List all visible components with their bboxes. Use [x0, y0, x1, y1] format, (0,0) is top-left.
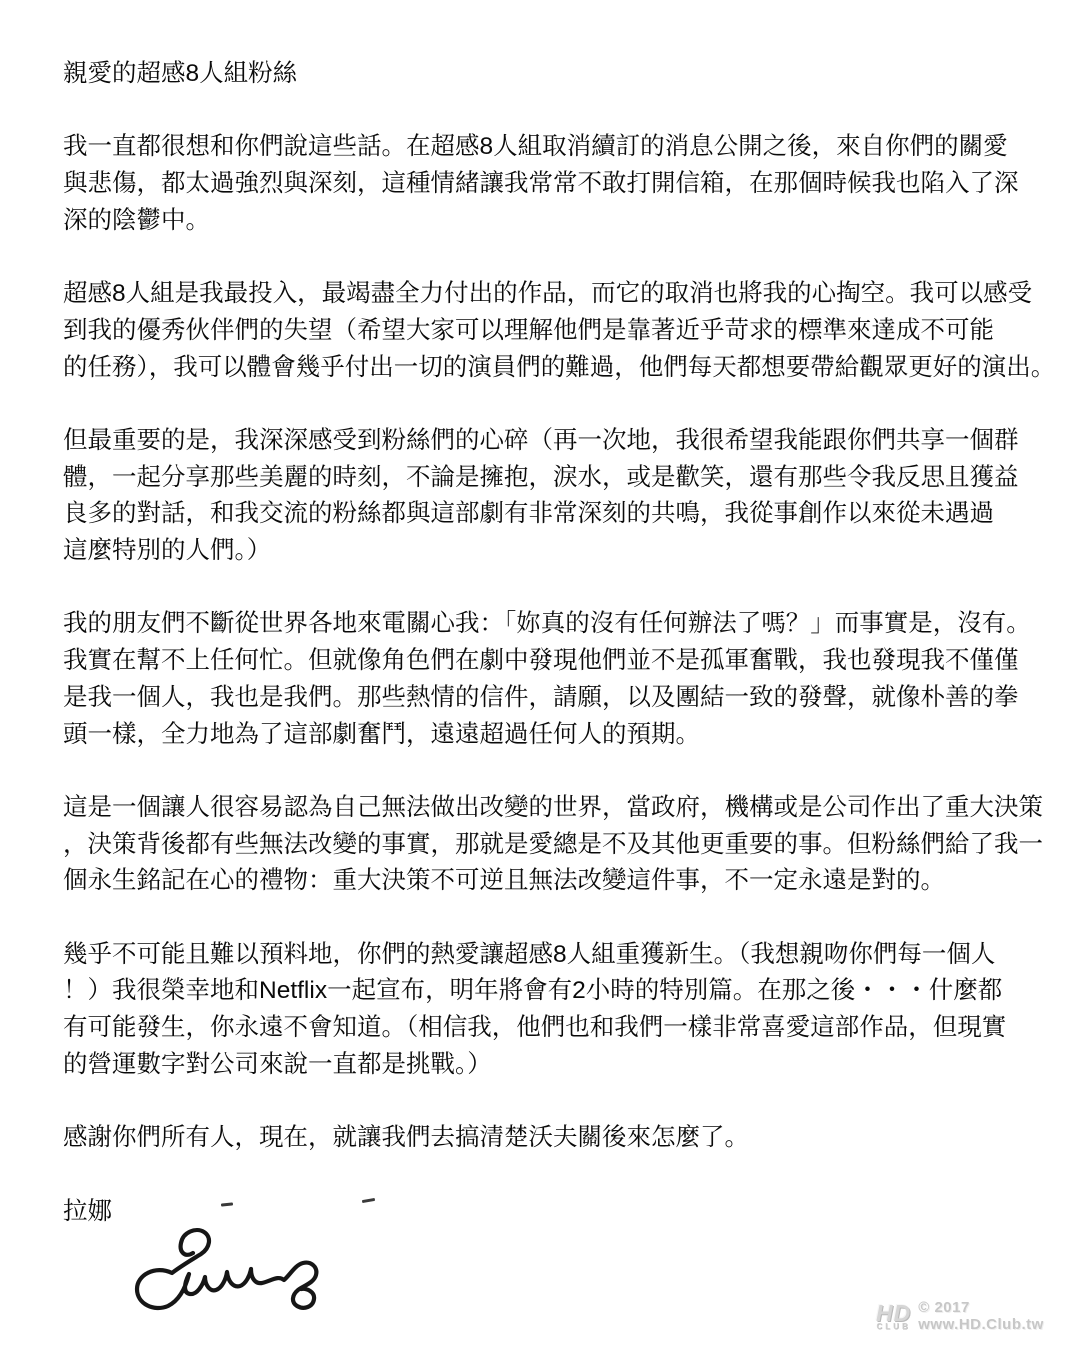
paragraph: 感謝你們所有人，現在，就讓我們去搞清楚沃夫關後來怎麼了。: [63, 1120, 1017, 1157]
paragraph: 幾乎不可能且難以預料地，你們的熱愛讓超感8人組重獲新生。（我想親吻你們每一個人！…: [63, 937, 1017, 1084]
paragraph: 我一直都很想和你們說這些話。在超感8人組取消續訂的消息公開之後，來自你們的關愛與…: [63, 129, 1017, 239]
text-line: 的營運數字對公司來說一直都是挑戰。）: [63, 1047, 1017, 1084]
text-line: 我實在幫不上任何忙。但就像角色們在劇中發現他們並不是孤軍奮戰，我也發現我不僅僅: [63, 643, 1017, 680]
text-line: 我一直都很想和你們說這些話。在超感8人組取消續訂的消息公開之後，來自你們的關愛: [63, 129, 1017, 166]
text-line: 這麼特別的人們。）: [63, 533, 1017, 570]
paragraph: 我的朋友們不斷從世界各地來電關心我：「妳真的沒有任何辦法了嗎？」而事實是，沒有。…: [63, 606, 1017, 753]
hd-club-logo: HD CLUB: [876, 1302, 911, 1331]
text-line: 有可能發生，你永遠不會知道。（相信我，他們也和我們一樣非常喜愛這部作品，但現實: [63, 1010, 1017, 1047]
watermark-copyright: © 2017 www.HD.Club.tw: [918, 1299, 1080, 1333]
paragraph: 這是一個讓人很容易認為自己無法做出改變的世界，當政府，機構或是公司作出了重大決策…: [63, 790, 1017, 900]
text-line: 良多的對話，和我交流的粉絲都與這部劇有非常深刻的共鳴，我從事創作以來從未遇過: [63, 496, 1017, 533]
hd-club-logo-club: CLUB: [877, 1323, 911, 1331]
text-line: 但最重要的是，我深深感受到粉絲們的心碎（再一次地，我很希望我能跟你們共享一個群: [63, 423, 1017, 460]
text-line: 體，一起分享那些美麗的時刻，不論是擁抱，淚水，或是歡笑，還有那些令我反思且獲益: [63, 460, 1017, 497]
text-line: 頭一樣，全力地為了這部劇奮鬥，遠遠超過任何人的預期。: [63, 717, 1017, 754]
text-line: 幾乎不可能且難以預料地，你們的熱愛讓超感8人組重獲新生。（我想親吻你們每一個人: [63, 937, 1017, 974]
text-line: 到我的優秀伙伴們的失望（希望大家可以理解他們是靠著近乎苛求的標準來達成不可能: [63, 313, 1017, 350]
text-line: 深的陰鬱中。: [63, 203, 1017, 240]
paragraph: 超感8人組是我最投入，最竭盡全力付出的作品，而它的取消也將我的心掏空。我可以感受…: [63, 276, 1017, 386]
text-line: 的任務），我可以體會幾乎付出一切的演員們的難過，他們每天都想要帶給觀眾更好的演出…: [63, 350, 1017, 387]
letter-body: 親愛的超感8人組粉絲 我一直都很想和你們說這些話。在超感8人組取消續訂的消息公開…: [63, 56, 1017, 1230]
text-line: 超感8人組是我最投入，最竭盡全力付出的作品，而它的取消也將我的心掏空。我可以感受: [63, 276, 1017, 313]
text-line: 個永生銘記在心的禮物：重大決策不可逆且無法改變這件事，不一定永遠是對的。: [63, 863, 1017, 900]
text-line: ！）我很榮幸地和Netflix一起宣布，明年將會有2小時的特別篇。在那之後・・・…: [63, 973, 1017, 1010]
text-line: 這是一個讓人很容易認為自己無法做出改變的世界，當政府，機構或是公司作出了重大決策: [63, 790, 1017, 827]
text-line: 我的朋友們不斷從世界各地來電關心我：「妳真的沒有任何辦法了嗎？」而事實是，沒有。: [63, 606, 1017, 643]
letter-salutation: 親愛的超感8人組粉絲: [63, 56, 1017, 93]
signature-stroke: [137, 1230, 316, 1308]
text-line: 感謝你們所有人，現在，就讓我們去搞清楚沃夫關後來怎麼了。: [63, 1120, 1017, 1157]
lana-signature: [133, 1223, 328, 1315]
paragraph: 但最重要的是，我深深感受到粉絲們的心碎（再一次地，我很希望我能跟你們共享一個群體…: [63, 423, 1017, 570]
text-line: ，決策背後都有些無法改變的事實，那就是愛總是不及其他更重要的事。但粉絲們給了我一: [63, 827, 1017, 864]
text-line: 是我一個人，我也是我們。那些熱情的信件，請願，以及團結一致的發聲，就像朴善的拳: [63, 680, 1017, 717]
text-line: 與悲傷，都太過強烈與深刻，這種情緒讓我常常不敢打開信箱，在那個時候我也陷入了深: [63, 166, 1017, 203]
paragraphs: 我一直都很想和你們說這些話。在超感8人組取消續訂的消息公開之後，來自你們的關愛與…: [63, 129, 1017, 1157]
watermark: HD CLUB © 2017 www.HD.Club.tw: [876, 1299, 1080, 1333]
